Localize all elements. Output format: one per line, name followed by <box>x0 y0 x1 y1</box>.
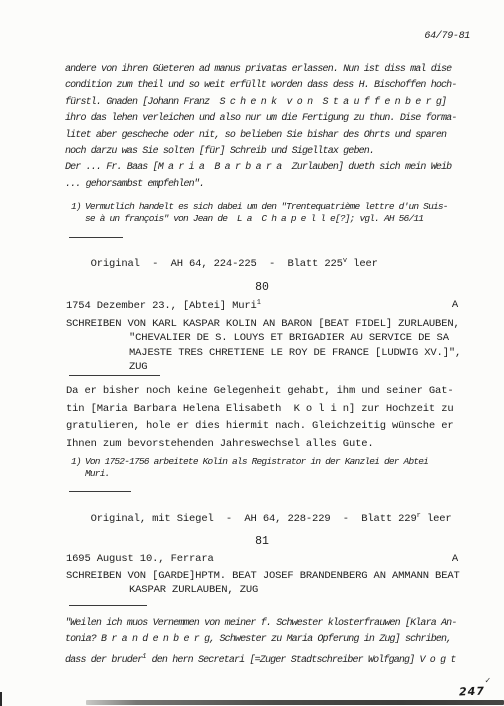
source-text: Original - AH 64, 224-225 - Blatt 225 <box>91 258 343 270</box>
entry80-title: SCHREIBEN VON KARL KASPAR KOLIN AN BARON… <box>66 317 461 374</box>
quote-line: condition zum theil und so weit erfüllt … <box>65 78 456 94</box>
quote-line: noch darzu was Sie solten [für] Schreib … <box>65 144 456 160</box>
divider <box>69 605 147 606</box>
source-text: Original, mit Siegel - AH 64, 228-229 - … <box>91 513 417 525</box>
footnote-line: se à un françois" von Jean de L a C h a … <box>85 213 448 225</box>
summary-line: Ihnen zum bevorstehenden Jahreswechsel a… <box>66 436 454 454</box>
handwritten-page-number: 247 <box>459 685 485 699</box>
title-line: "CHEVALIER DE S. LOUYS ET BRIGADIER AU S… <box>66 331 461 345</box>
footnote-marker: 1) <box>71 201 85 225</box>
scan-edge-strip <box>86 700 504 705</box>
title-line: MAJESTE TRES CHRETIENE LE ROY DE FRANCE … <box>66 346 461 360</box>
footnote-entry80: 1) Von 1752-1756 arbeitete Kolin als Reg… <box>71 456 428 480</box>
archive-catalog-page: 64/79-81 andere von ihren Güeteren ad ma… <box>0 0 504 706</box>
entry-date: 1695 August 10., Ferrara <box>66 553 214 565</box>
quote-line: Der ... Fr. Baas [M a r i a B a r b a r … <box>65 160 456 176</box>
title-line: ZUG <box>66 360 461 374</box>
quote-block-entry79: andere von ihren Güeteren ad manus priva… <box>65 62 456 193</box>
summary-line: tin [Maria Barbara Helena Elisabeth K o … <box>66 401 454 419</box>
quote-line: litet aber gescheche oder nit, so belieb… <box>65 128 456 144</box>
entry-number-81: 81 <box>66 535 458 548</box>
quote-line: "Weilen ich muos Vernemmen von meiner f.… <box>65 616 456 632</box>
quote-line: fürstl. Gnaden [Johann Franz S c h e n k… <box>65 95 456 111</box>
entry-date: 1754 Dezember 23., [Abtei] Muri1 <box>66 299 261 312</box>
entry-number-80: 80 <box>66 281 458 294</box>
entry81-title: SCHREIBEN VON [GARDE]HPTM. BEAT JOSEF BR… <box>66 569 460 598</box>
footnote-ref-sup: 1 <box>257 299 261 307</box>
footnote-entry79: 1) Vermutlich handelt es sich dabei um d… <box>71 201 448 225</box>
source-text: leer <box>347 258 378 270</box>
footnote-line: Muri. <box>85 468 428 480</box>
marginal-letter: A <box>452 553 458 565</box>
checkmark-icon: ✓ <box>485 676 490 686</box>
quote-line: tonia? B r a n d e n b e r g, Schwester … <box>65 632 456 648</box>
entry80-summary: Da er bisher noch keine Gelegenheit geha… <box>66 383 454 454</box>
quote-line: ihro das lehen verleichen und also nur u… <box>65 111 456 127</box>
title-line: KASPAR ZURLAUBEN, ZUG <box>66 583 460 597</box>
source-line-entry79: Original - AH 64, 224-225 - Blatt 225v l… <box>66 245 378 282</box>
entry81-date-row: 1695 August 10., Ferrara A <box>66 553 458 565</box>
divider <box>69 375 160 376</box>
summary-line: gratulieren, hole er dies hiermit nach. … <box>66 418 454 436</box>
divider <box>69 237 123 238</box>
marginal-letter: A <box>452 299 458 312</box>
entry80-date-row: 1754 Dezember 23., [Abtei] Muri1 A <box>66 299 458 312</box>
summary-line: Da er bisher noch keine Gelegenheit geha… <box>66 383 454 401</box>
footnote-marker: 1) <box>71 456 85 480</box>
title-line: SCHREIBEN VON [GARDE]HPTM. BEAT JOSEF BR… <box>66 569 460 583</box>
source-text: leer <box>421 513 452 525</box>
quote-block-entry81: "Weilen ich muos Vernemmen von meiner f.… <box>65 616 456 669</box>
footnote-line: Von 1752-1756 arbeitete Kolin als Regist… <box>85 456 428 468</box>
folio-number: 64/79-81 <box>424 31 470 42</box>
quote-line: andere von ihren Güeteren ad manus priva… <box>65 62 456 78</box>
scan-edge-mark <box>0 692 2 706</box>
source-line-entry80: Original, mit Siegel - AH 64, 228-229 - … <box>66 500 452 537</box>
quote-line: ... gehorsambst empfehlen". <box>65 177 456 193</box>
footnote-line: Vermutlich handelt es sich dabei um den … <box>85 201 448 213</box>
divider <box>69 491 131 492</box>
title-line: SCHREIBEN VON KARL KASPAR KOLIN AN BARON… <box>66 317 461 331</box>
quote-line: dass der bruder1 den hern Secretari [=Zu… <box>65 649 456 669</box>
